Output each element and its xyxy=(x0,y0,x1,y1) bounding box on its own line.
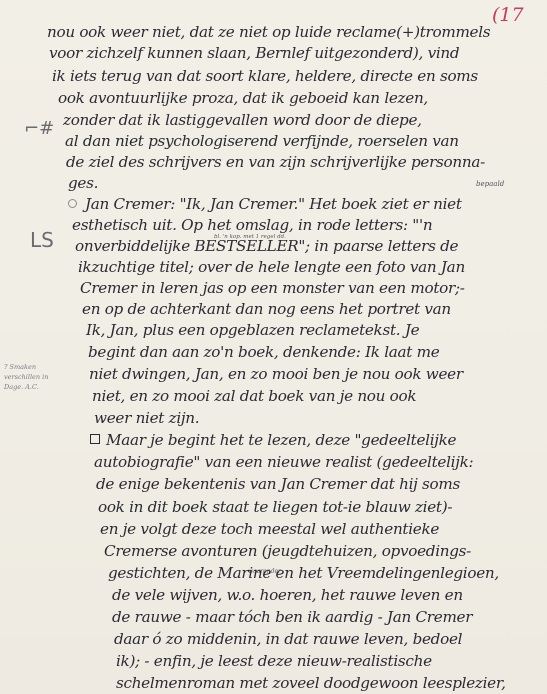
text-line-11: onverbiddelijke BESTSELLER"; in paarse l… xyxy=(75,236,458,256)
text-line-18: niet, en zo mooi zal dat boek van je nou… xyxy=(92,386,416,406)
manuscript-page: (17 ⌐# LS ? Smaken verschillen in Dage. … xyxy=(0,0,547,694)
margin-hash-mark: ⌐# xyxy=(24,118,54,139)
text-line-3: ik iets terug van dat soort klare, helde… xyxy=(52,66,478,86)
text-line-8: ges. xyxy=(68,173,98,193)
text-line-27: de vele wijven, w.o. hoeren, het rauwe l… xyxy=(112,585,463,605)
insertion-bepaald: bepaald xyxy=(476,180,504,188)
margin-side-note: ? Smaken verschillen in Dage. A.C. xyxy=(4,362,64,392)
text-line-14: en op de achterkant dan nog eens het por… xyxy=(82,299,451,319)
circle-bullet-icon xyxy=(68,199,77,208)
text-line-6: al dan niet psychologiserend verfijnde, … xyxy=(65,131,459,151)
text-line-26: gestichten, de Marine en het Vreemdeling… xyxy=(108,563,499,583)
margin-ls-mark: LS xyxy=(30,228,54,252)
text-line-12: ikzuchtige titel; over de hele lengte ee… xyxy=(78,257,465,277)
text-line-22: de enige bekentenis van Jan Cremer dat h… xyxy=(96,474,460,494)
text-line-23: ook in dit boek staat te liegen tot-ie b… xyxy=(98,497,452,517)
text-line-30: ik); - enfin, je leest deze nieuw-realis… xyxy=(116,651,432,671)
text-line-24: en je volgt deze toch meestal wel authen… xyxy=(100,519,439,539)
text-line-21: autobiografie" van een nieuwe realist (g… xyxy=(94,452,473,472)
text-line-1: nou ook weer niet, dat ze niet op luide … xyxy=(47,22,490,42)
text-line-19: weer niet zijn. xyxy=(94,408,199,428)
text-line-9: Jan Cremer: "Ik, Jan Cremer." Het boek z… xyxy=(68,194,462,214)
text-line-13: Cremer in leren jas op een monster van e… xyxy=(80,278,465,298)
text-line-5: zonder dat ik lastiggevallen word door d… xyxy=(63,110,422,130)
square-bullet-icon xyxy=(90,434,100,444)
text-line-7: de ziel des schrijvers en van zijn schri… xyxy=(66,152,485,172)
text-line-29: daar ó zo middenin, in dat rauwe leven, … xyxy=(114,629,462,649)
text-line-20: Maar je begint het te lezen, deze "gedee… xyxy=(90,430,456,450)
page-number: (17 xyxy=(492,4,524,26)
text-line-16: begint dan aan zo'n boek, denkende: Ik l… xyxy=(88,342,439,362)
text-line-28: de rauwe - maar tóch ben ik aardig - Jan… xyxy=(112,607,472,627)
text-line-17: niet dwingen, Jan, en zo mooi ben je nou… xyxy=(89,364,463,384)
text-line-2: voor zichzelf kunnen slaan, Bernlef uitg… xyxy=(49,43,459,63)
text-line-4: ook avontuurlijke proza, dat ik geboeid … xyxy=(58,88,428,108)
text-line-15: Ik, Jan, plus een opgeblazen reclameteks… xyxy=(86,320,419,340)
text-line-10: esthetisch uit. Op het omslag, in rode l… xyxy=(72,215,432,235)
text-line-31: schelmenroman met zoveel doodgewoon lees… xyxy=(116,673,506,693)
text-line-25: Cremerse avonturen (jeugdtehuizen, opvoe… xyxy=(104,541,471,561)
